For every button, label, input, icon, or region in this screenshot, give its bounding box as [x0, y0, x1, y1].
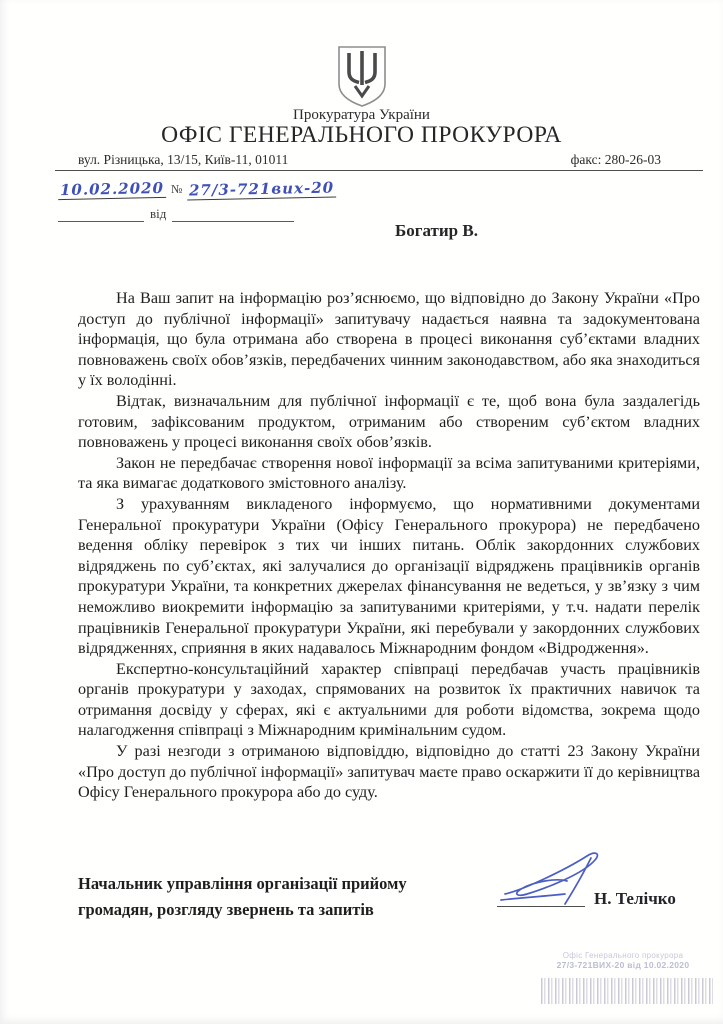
stamp-org: Офіс Генерального прокурора [533, 951, 713, 960]
paragraph: Відтак, визначальним для публічної інфор… [78, 391, 700, 453]
registration-line: 10.02.2020 № 27/3-721вих-20 [58, 180, 337, 199]
reply-to-line: від [58, 206, 294, 222]
handwritten-date: 10.02.2020 [58, 179, 166, 200]
letter-body: На Ваш запит на інформацію роз’яснюємо, … [78, 288, 700, 803]
ukraine-trident-icon [335, 44, 389, 110]
handwritten-outgoing-number: 27/3-721вих-20 [187, 178, 337, 200]
blank-field [58, 208, 144, 222]
number-symbol: № [170, 182, 183, 199]
signature-line [497, 906, 585, 907]
paragraph: На Ваш запит на інформацію роз’яснюємо, … [78, 288, 700, 391]
stamp-ref: 27/3-721ВИХ-20 від 10.02.2020 [533, 960, 713, 970]
blank-field [172, 208, 294, 222]
org-address: вул. Різницька, 13/15, Київ-11, 01011 [78, 152, 288, 168]
paragraph: Закон не передбачає створення нової інфо… [78, 453, 700, 494]
vid-label: від [150, 206, 166, 222]
paragraph: У разі незгоди з отриманою відповіддю, в… [78, 741, 700, 803]
paragraph: Експертно-консультаційний характер співп… [78, 659, 700, 741]
signer-title: Начальник управління організації прийому… [78, 871, 407, 923]
header-divider [55, 170, 703, 171]
registration-stamp: Офіс Генерального прокурора 27/3-721ВИХ-… [533, 951, 713, 1004]
scanned-letter-page: Прокуратура України ОФІС ГЕНЕРАЛЬНОГО ПР… [0, 0, 723, 1024]
addressee-name: Богатир В. [395, 221, 478, 241]
org-name-primary: ОФІС ГЕНЕРАЛЬНОГО ПРОКУРОРА [0, 122, 723, 149]
signer-name: Н. Телічко [594, 889, 676, 909]
org-fax: факс: 280-26-03 [571, 152, 661, 168]
paragraph: З урахуванням викладеного інформуємо, що… [78, 494, 700, 659]
barcode [541, 978, 713, 1004]
coat-of-arms [0, 44, 723, 115]
